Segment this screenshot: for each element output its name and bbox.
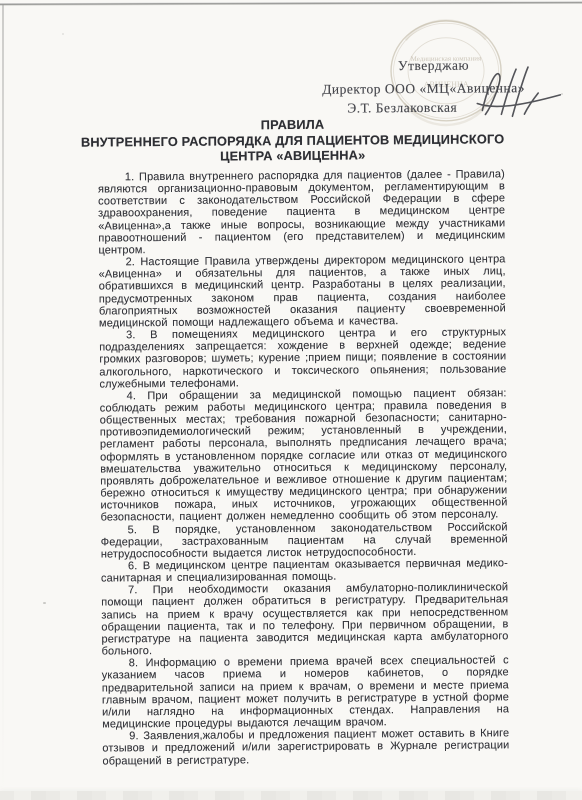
paragraph-1: 1. Правила внутреннего распорядка для па…: [98, 168, 506, 256]
approval-director-name: Э.Т. Безлаковская: [347, 100, 457, 117]
paragraph-3: 3. В помещениях медицинского центра и ег…: [99, 326, 506, 390]
paragraph-9: 9. Заявления,жалобы и предложения пациен…: [102, 727, 509, 767]
document-body: 1. Правила внутреннего распорядка для па…: [98, 168, 510, 767]
document-title: ПРАВИЛА ВНУТРЕННЕГО РАСПОРЯДКА ДЛЯ ПАЦИЕ…: [58, 115, 526, 165]
paragraph-7: 7. При необходимости оказания амбулаторн…: [101, 582, 509, 658]
approval-director-line: Директор ООО «МЦ«Авиценна»: [322, 80, 525, 98]
paragraph-6: 6. В медицинском центре пациентам оказыв…: [101, 557, 508, 585]
paragraph-4: 4. При обращении за медицинской помощью …: [100, 387, 508, 524]
approval-word: Утверджаю: [398, 58, 469, 75]
paragraph-2: 2. Настоящие Правила утверждены директор…: [98, 253, 506, 329]
page-content: Медицинская компания АВИЦЕННА Утверджаю …: [0, 0, 582, 800]
scanned-document-page: Медицинская компания АВИЦЕННА Утверджаю …: [0, 0, 582, 800]
paragraph-8: 8. Информацию о времени приема врачей вс…: [102, 655, 510, 731]
paragraph-5: 5. В порядке, установленном законодатель…: [101, 521, 508, 561]
